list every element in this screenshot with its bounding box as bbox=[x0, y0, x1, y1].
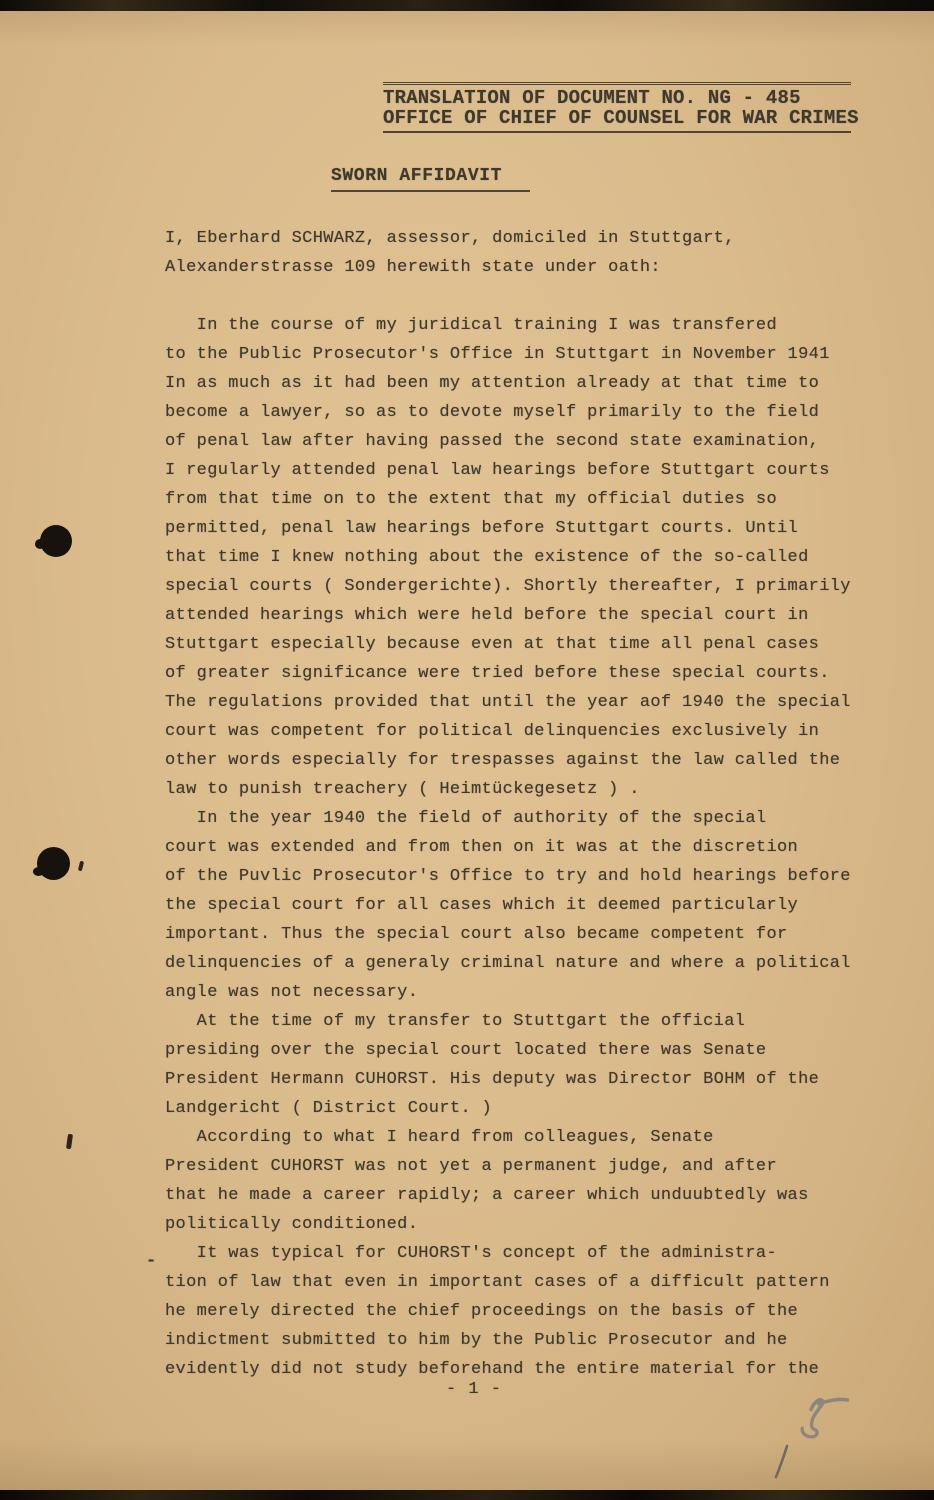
document-line: tion of law that even in important cases… bbox=[165, 1268, 875, 1297]
scan-edge-bottom bbox=[0, 1490, 934, 1500]
office-line: OFFICE OF CHIEF OF COUNSEL FOR WAR CRIME… bbox=[383, 108, 851, 128]
document-line: I, Eberhard SCHWARZ, assessor, domiciled… bbox=[165, 224, 875, 253]
affidavit-body: I, Eberhard SCHWARZ, assessor, domiciled… bbox=[165, 224, 875, 1384]
document-line: Stuttgart especially because even at tha… bbox=[165, 630, 875, 659]
document-line: In as much as it had been my attention a… bbox=[165, 369, 875, 398]
document-line: from that time on to the extent that my … bbox=[165, 485, 875, 514]
document-line: Landgericht ( District Court. ) bbox=[165, 1094, 875, 1123]
document-line: other words especially for trespasses ag… bbox=[165, 746, 875, 775]
document-line: become a lawyer, so as to devote myself … bbox=[165, 398, 875, 427]
document-line: According to what I heard from colleague… bbox=[165, 1123, 875, 1152]
document-line: In the course of my juridical training I… bbox=[165, 311, 875, 340]
document-line: President Hermann CUHORST. His deputy wa… bbox=[165, 1065, 875, 1094]
document-line: of the Puvlic Prosecutor's Office to try… bbox=[165, 862, 875, 891]
document-line: court was competent for political delinq… bbox=[165, 717, 875, 746]
document-line: attended hearings which were held before… bbox=[165, 601, 875, 630]
document-line: of penal law after having passed the sec… bbox=[165, 427, 875, 456]
document-line: important. Thus the special court also b… bbox=[165, 920, 875, 949]
document-line: politically conditioned. bbox=[165, 1210, 875, 1239]
document-line: evidently did not study beforehand the e… bbox=[165, 1355, 875, 1384]
document-line: At the time of my transfer to Stuttgart … bbox=[165, 1007, 875, 1036]
document-header-stamp: TRANSLATION OF DOCUMENT NO. NG - 485 OFF… bbox=[383, 82, 851, 133]
document-number-line: TRANSLATION OF DOCUMENT NO. NG - 485 bbox=[383, 88, 851, 108]
handwritten-pencil-number bbox=[784, 1390, 854, 1457]
document-line: President CUHORST was not yet a permanen… bbox=[165, 1152, 875, 1181]
document-line: he merely directed the chief proceedings… bbox=[165, 1297, 875, 1326]
document-line: that time I knew nothing about the exist… bbox=[165, 543, 875, 572]
document-line: I regularly attended penal law hearings … bbox=[165, 456, 875, 485]
document-line: Alexanderstrasse 109 herewith state unde… bbox=[165, 253, 875, 282]
document-line: that he made a career rapidly; a career … bbox=[165, 1181, 875, 1210]
document-line: of greater significance were tried befor… bbox=[165, 659, 875, 688]
document-line: to the Public Prosecutor's Office in Stu… bbox=[165, 340, 875, 369]
handwritten-pencil-tick bbox=[770, 1441, 794, 1488]
document-line: angle was not necessary. bbox=[165, 978, 875, 1007]
document-line: the special court for all cases which it… bbox=[165, 891, 875, 920]
document-line: law to punish treachery ( Heimtückegeset… bbox=[165, 775, 875, 804]
document-line: It was typical for CUHORST's concept of … bbox=[165, 1239, 875, 1268]
document-line: presiding over the special court located… bbox=[165, 1036, 875, 1065]
hole-punch-top bbox=[40, 525, 72, 557]
document-line: In the year 1940 the field of authority … bbox=[165, 804, 875, 833]
document-line: permitted, penal law hearings before Stu… bbox=[165, 514, 875, 543]
document-line bbox=[165, 282, 875, 311]
document-line: delinquencies of a generaly criminal nat… bbox=[165, 949, 875, 978]
document-line: special courts ( Sondergerichte). Shortl… bbox=[165, 572, 875, 601]
scan-edge-top bbox=[0, 0, 934, 11]
margin-correction-mark: - bbox=[146, 1252, 156, 1271]
document-line: indictment submitted to him by the Publi… bbox=[165, 1326, 875, 1355]
hole-punch-bottom bbox=[37, 847, 70, 880]
document-title: SWORN AFFIDAVIT bbox=[331, 166, 530, 192]
page-number: - 1 - bbox=[446, 1380, 502, 1399]
document-line: court was extended and from then on it w… bbox=[165, 833, 875, 862]
document-line: The regulations provided that until the … bbox=[165, 688, 875, 717]
